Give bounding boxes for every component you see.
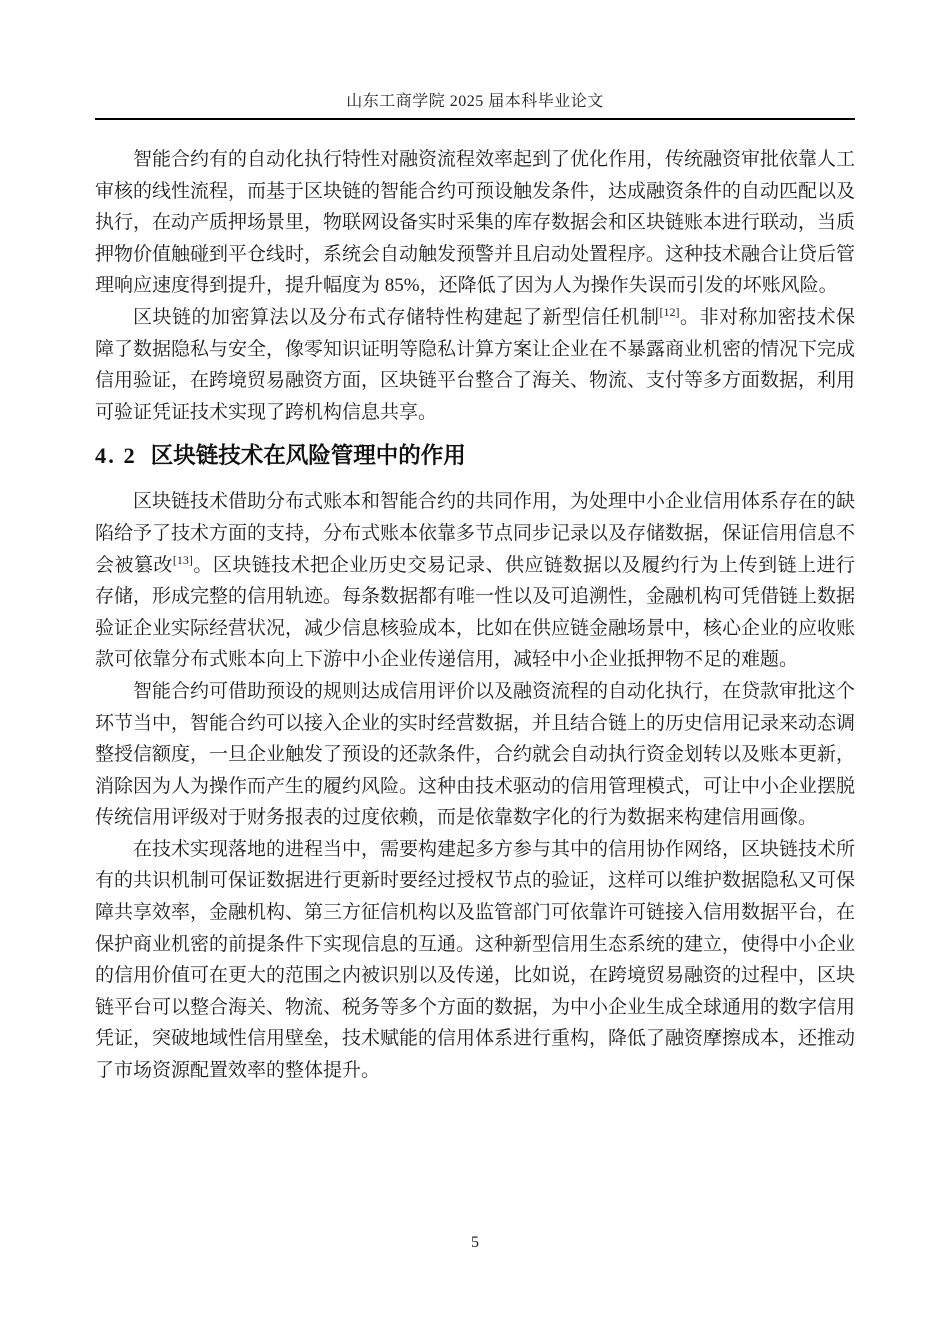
paragraph-distributed-ledger-credit-text-b: 。区块链技术把企业历史交易记录、供应链数据以及履约行为上传到链上进行存储，形成完…	[95, 555, 855, 671]
running-head: 山东工商学院 2025 届本科毕业论文	[95, 90, 855, 114]
page-footer: 5	[0, 1234, 950, 1252]
paragraph-smart-contract-credit-evaluation: 智能合约可借助预设的规则达成信用评价以及融资流程的自动化执行，在贷款审批这个环节…	[95, 676, 855, 834]
thesis-page: 山东工商学院 2025 届本科毕业论文 智能合约有的自动化执行特性对融资流程效率…	[0, 0, 950, 1344]
header-rule	[95, 118, 855, 120]
section-number: 4. 2	[95, 443, 137, 468]
paragraph-smart-contract-financing: 智能合约有的自动化执行特性对融资流程效率起到了优化作用，传统融资审批依靠人工审核…	[95, 144, 855, 302]
page-header: 山东工商学院 2025 届本科毕业论文	[0, 0, 950, 120]
paragraph-encryption-trust: 区块链的加密算法以及分布式存储特性构建起了新型信任机制[12]。非对称加密技术保…	[95, 302, 855, 428]
citation-ref-12: [12]	[659, 305, 679, 319]
document-body: 智能合约有的自动化执行特性对融资流程效率起到了优化作用，传统融资审批依靠人工审核…	[95, 144, 855, 1087]
paragraph-encryption-trust-text-a: 区块链的加密算法以及分布式存储特性构建起了新型信任机制	[133, 307, 659, 328]
paragraph-distributed-ledger-credit: 区块链技术借助分布式账本和智能合约的共同作用，为处理中小企业信用体系存在的缺陷给…	[95, 486, 855, 676]
citation-ref-13: [13]	[173, 553, 193, 567]
section-heading-4-2: 4. 2区块链技术在风险管理中的作用	[95, 440, 855, 472]
section-title: 区块链技术在风险管理中的作用	[151, 443, 466, 468]
page-number: 5	[471, 1234, 479, 1251]
paragraph-credit-collaboration-network: 在技术实现落地的进程当中，需要构建起多方参与其中的信用协作网络，区块链技术所有的…	[95, 834, 855, 1087]
